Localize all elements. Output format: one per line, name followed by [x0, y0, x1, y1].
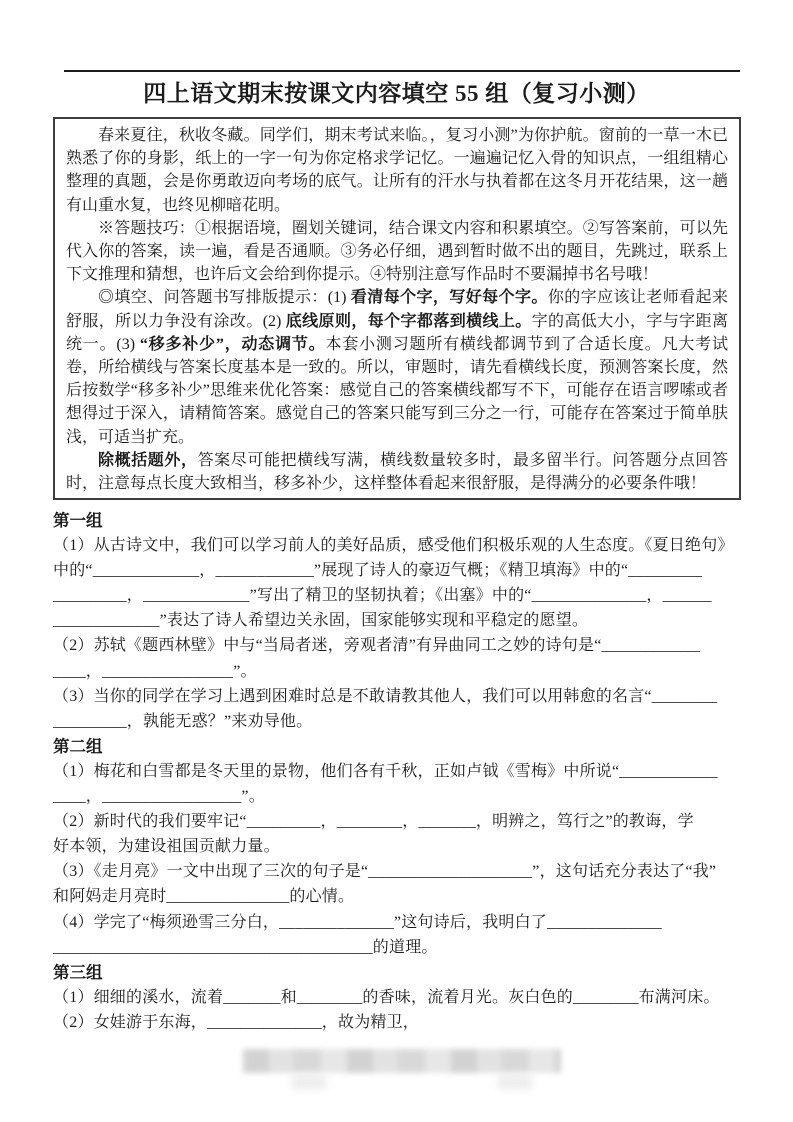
question-line: （2）女娃游于东海，______________，故为精卫，: [53, 1010, 745, 1032]
questions-section: 第一组 （1）从古诗文中，我们可以学习前人的美好品质，感受他们积极乐观的人生态度…: [53, 508, 745, 1032]
question-line: （4）学完了“梅须逊雪三分白，______________”这句诗后，我明白了_…: [53, 910, 745, 935]
question-line: 中的“_____________，____________”展现了诗人的豪迈气概…: [53, 558, 745, 583]
page-title: 四上语文期末按课文内容填空 55 组（复习小测）: [0, 75, 793, 108]
question-line: 和阿妈走月亮时_______________的心情。: [53, 884, 745, 909]
question-line: _________，孰能无惑？”来劝导他。: [53, 709, 745, 734]
intro-paragraph-2: ※答题技巧：①根据语境，圈划关键词，结合课文内容和积累填空。②写答案前，可以先代…: [66, 217, 728, 287]
group-1-heading: 第一组: [53, 508, 745, 533]
question-line: （3）当你的同学在学习上遇到困难时总是不敢请教其他人，我们可以用韩愈的名言“__…: [53, 684, 745, 709]
intro-p4-bold: 除概括题外，: [98, 452, 198, 469]
intro-box: 春来夏往，秋收冬藏。同学们，期末考试来临。，复习小测”为你护航。窗前的一草一木已…: [53, 117, 741, 500]
redacted-watermark-blob: [498, 1074, 532, 1090]
intro-paragraph-1: 春来夏往，秋收冬藏。同学们，期末考试来临。，复习小测”为你护航。窗前的一草一木已…: [66, 124, 728, 217]
question-line: _______________________________________的…: [53, 935, 745, 960]
question-line: （2）新时代的我们要牢记“_________，________，_______，…: [53, 809, 745, 834]
question-line: ____，________________”。: [53, 659, 745, 684]
intro-p3-bold-1: 看清每个字，写好每个字。: [351, 289, 548, 306]
redacted-watermark-blob: [292, 1074, 326, 1090]
intro-p3-text: ◎填空、问答题书写排版提示：(1): [98, 289, 351, 306]
group-3-heading: 第三组: [53, 960, 745, 985]
question-line: （1）细细的溪水，流着_______和________的香味，流着月光。灰白色的…: [53, 985, 745, 1010]
group-2-heading: 第二组: [53, 734, 745, 759]
header-rule: [64, 70, 740, 72]
question-line: _____________”表达了诗人希望边关永固，国家能够实现和平稳定的愿望。: [53, 608, 745, 633]
intro-p3-bold-2: 底线原则，每个字都落到横线上。: [286, 313, 532, 330]
question-line: 好本领，为建设祖国贡献力量。: [53, 834, 745, 859]
question-line: ____，_________________”。: [53, 784, 745, 809]
question-line: （1）梅花和白雪都是冬天里的景物，他们各有千秋，正如卢钺《雪梅》中所说“____…: [53, 759, 745, 784]
question-line: （3）《走月亮》一文中出现了三次的句子是“___________________…: [53, 859, 745, 884]
question-line: _________，_____________”写出了精卫的坚韧执着；《出塞》中…: [53, 583, 745, 608]
question-line: （1）从古诗文中，我们可以学习前人的美好品质，感受他们积极乐观的人生态度。《夏日…: [53, 533, 745, 558]
question-group-1: 第一组 （1）从古诗文中，我们可以学习前人的美好品质，感受他们积极乐观的人生态度…: [53, 508, 745, 734]
intro-p3-bold-3: “移多补少”，动态调节。: [140, 336, 326, 353]
question-group-3: 第三组 （1）细细的溪水，流着_______和________的香味，流着月光。…: [53, 960, 745, 1032]
intro-paragraph-3: ◎填空、问答题书写排版提示：(1) 看清每个字，写好每个字。你的字应该让老师看起…: [66, 286, 728, 448]
question-line: （2）苏轼《题西林壁》中与“当局者迷，旁观者清”有异曲同工之妙的诗句是“____…: [53, 633, 745, 658]
intro-paragraph-4: 除概括题外，答案尽可能把横线写满，横线数量较多时，最多留半行。问答题分点回答时，…: [66, 449, 728, 495]
worksheet-page: 四上语文期末按课文内容填空 55 组（复习小测） 春来夏往，秋收冬藏。同学们，期…: [0, 0, 793, 1122]
question-group-2: 第二组 （1）梅花和白雪都是冬天里的景物，他们各有千秋，正如卢钺《雪梅》中所说“…: [53, 734, 745, 960]
redacted-watermark: [243, 1049, 561, 1073]
